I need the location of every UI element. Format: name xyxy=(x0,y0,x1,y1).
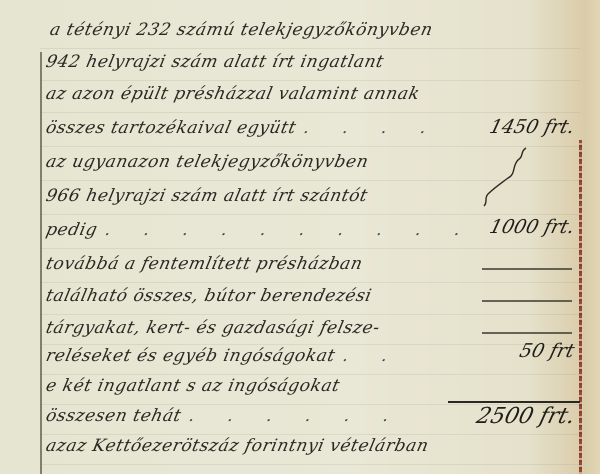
dot-leader: . . . . xyxy=(302,118,442,138)
curly-brace-icon xyxy=(480,144,540,214)
ruled-line xyxy=(40,374,580,375)
page-edge xyxy=(584,0,600,474)
text-line: 966 helyrajzi szám alatt írt szántót xyxy=(44,186,370,206)
red-cord-rule xyxy=(579,140,582,474)
text-line: tárgyakat, kert- és gazdasági felsze- xyxy=(44,318,382,338)
text-line: található összes, bútor berendezési xyxy=(44,286,374,306)
left-margin-rule xyxy=(40,52,42,474)
text-line: összesen tehát. . . . . . xyxy=(44,406,405,426)
text-line: reléseket és egyéb ingóságokat. . xyxy=(44,346,403,366)
dot-leader: . . . . . . . . . . xyxy=(103,220,476,240)
ruled-line xyxy=(40,344,580,345)
dash-leader xyxy=(482,332,572,334)
ruled-line xyxy=(40,112,580,113)
text-line: e két ingatlant s az ingóságokat xyxy=(44,376,342,396)
ruled-line xyxy=(40,248,580,249)
dash-leader xyxy=(482,300,572,302)
dot-leader: . . xyxy=(341,346,403,366)
amount-1450: 1450 frt. xyxy=(487,116,577,138)
ruled-line xyxy=(40,48,580,49)
ruled-line xyxy=(40,464,580,465)
ruled-line xyxy=(40,214,580,215)
document-page: a tétényi 232 számú telekjegyzőkönyvben … xyxy=(0,0,600,474)
dot-leader: . . . . . . xyxy=(187,406,405,426)
total-rule xyxy=(448,401,580,403)
text-line: a tétényi 232 számú telekjegyzőkönyvben xyxy=(48,20,435,40)
text-line: összes tartozékaival együtt. . . . xyxy=(44,118,442,138)
text-line: az azon épült présházzal valamint annak xyxy=(44,84,422,104)
text-line: továbbá a fentemlített présházban xyxy=(44,254,365,274)
ruled-line xyxy=(40,80,580,81)
ruled-line xyxy=(40,282,580,283)
text-line: 942 helyrajzi szám alatt írt ingatlant xyxy=(44,52,386,72)
text-line: az ugyanazon telekjegyzőkönyvben xyxy=(44,152,370,172)
text-line: pedig. . . . . . . . . . xyxy=(44,220,476,240)
text-line: azaz Kettőezerötszáz forintnyi vételárba… xyxy=(44,436,431,456)
ruled-line xyxy=(40,434,580,435)
amount-50: 50 frt xyxy=(517,340,576,362)
ruled-line xyxy=(40,314,580,315)
dash-leader xyxy=(482,268,572,270)
amount-total-2500: 2500 frt. xyxy=(473,404,577,429)
amount-1000: 1000 frt. xyxy=(487,216,577,238)
